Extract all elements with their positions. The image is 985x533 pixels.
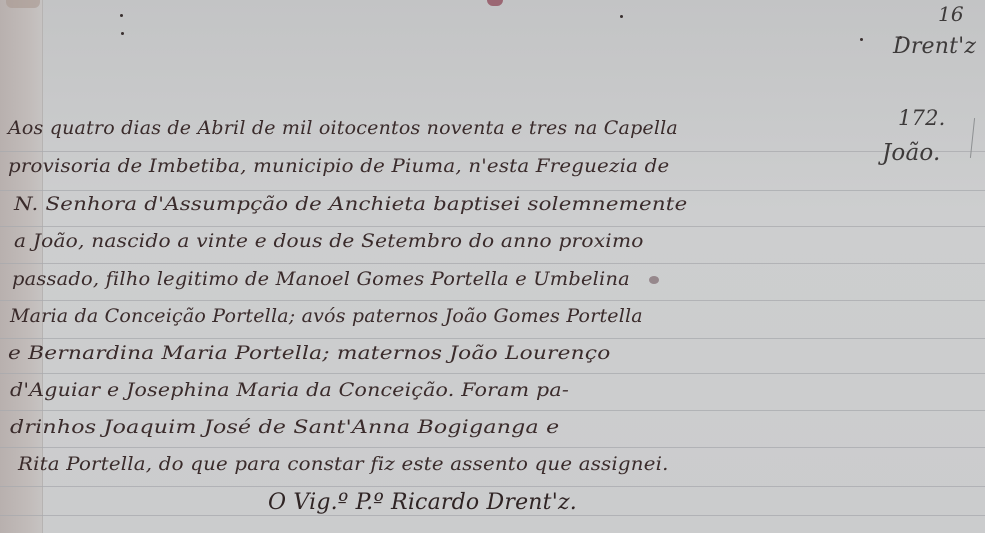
ruled-line — [0, 190, 985, 191]
entry-text-line-4: a João, nascido a vinte e dous de Setemb… — [14, 230, 644, 252]
officiant-signature: O Vig.º P.º Ricardo Drent'z. — [268, 490, 577, 515]
ruled-line — [0, 151, 985, 152]
ruled-line — [0, 338, 985, 339]
entry-name: João. — [882, 140, 941, 166]
entry-text-line-5: passado, filho legitimo de Manoel Gomes … — [12, 268, 630, 290]
ink-blot — [649, 276, 659, 284]
corner-signature: Drent'z — [893, 34, 976, 59]
ink-speck — [860, 38, 863, 41]
ink-speck — [620, 15, 623, 18]
ink-speck — [121, 32, 124, 35]
entry-text-line-2: provisoria de Imbetiba, municipio de Piu… — [8, 155, 669, 177]
page-number: 16 — [938, 2, 964, 26]
entry-text-line-9: drinhos Joaquim José de Sant'Anna Bogiga… — [10, 416, 559, 438]
ruled-line — [0, 410, 985, 411]
entry-text-line-6: Maria da Conceição Portella; avós patern… — [10, 305, 643, 327]
ruled-line — [0, 515, 985, 516]
entry-text-line-7: e Bernardina Maria Portella; maternos Jo… — [8, 342, 610, 364]
ruled-line — [0, 226, 985, 227]
ink-mark — [487, 0, 503, 6]
ruled-line — [0, 486, 985, 487]
ink-speck — [120, 14, 123, 17]
entry-text-line-1: Aos quatro dias de Abril de mil oitocent… — [8, 117, 678, 139]
ruled-line — [0, 373, 985, 374]
entry-text-line-8: d'Aguiar e Josephina Maria da Conceição.… — [10, 379, 569, 401]
ruled-line — [0, 447, 985, 448]
entry-text-line-3: N. Senhora d'Assumpção de Anchieta bapti… — [14, 193, 687, 215]
ruled-line — [0, 263, 985, 264]
entry-text-line-10: Rita Portella, do que para constar fiz e… — [18, 453, 669, 475]
ruled-line — [0, 300, 985, 301]
entry-number: 172. — [898, 106, 946, 130]
register-page: 16 Drent'z 172. João. Aos quatro dias de… — [0, 0, 985, 533]
